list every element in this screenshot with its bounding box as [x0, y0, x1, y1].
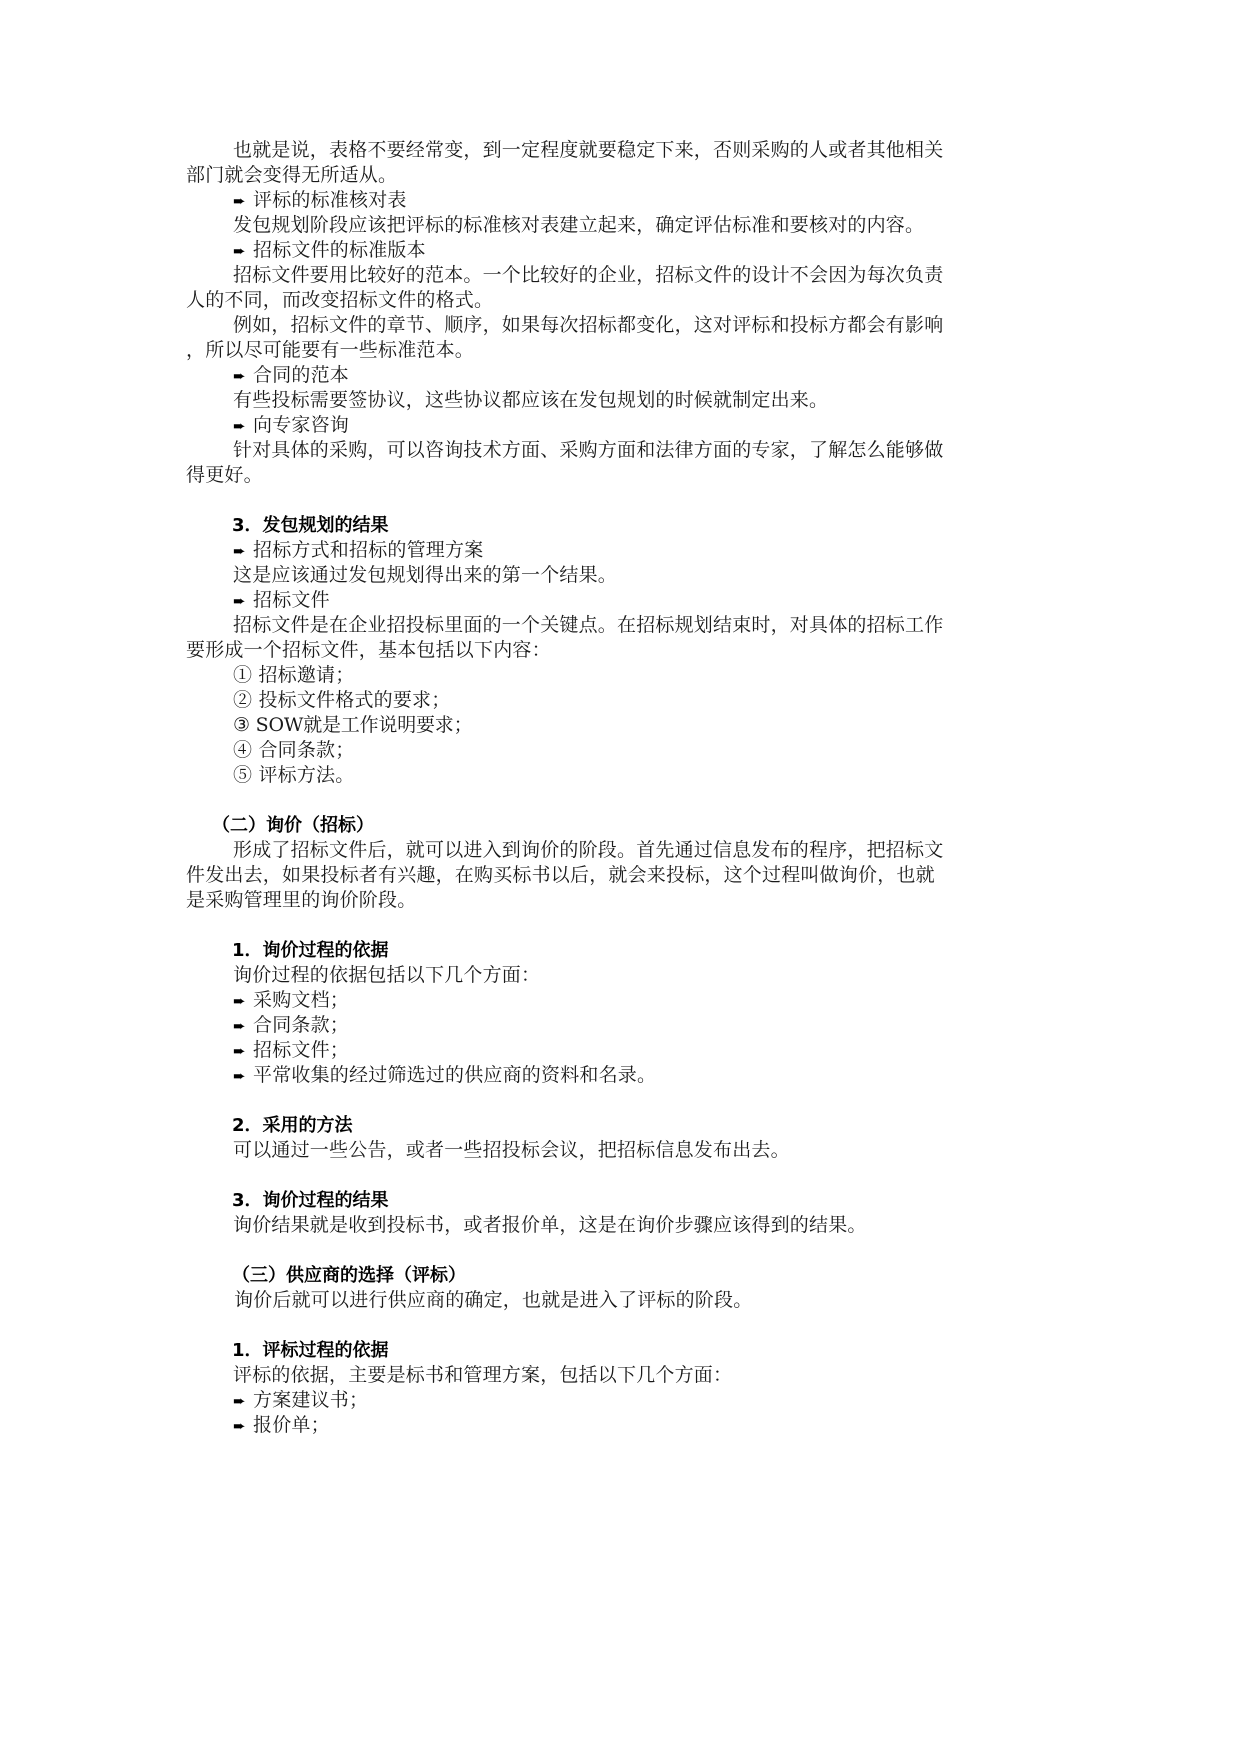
paragraph-line: 评标的依据，主要是标书和管理方案，包括以下几个方面： [186, 1363, 1056, 1388]
arrow-bullet-icon: ➨ [233, 239, 253, 264]
spacer [186, 488, 1056, 513]
bullet-label: 评标的标准核对表 [253, 189, 407, 211]
paragraph-line: 针对具体的采购，可以咨询技术方面、采购方面和法律方面的专家，了解怎么能够做 [186, 438, 1056, 463]
section-heading: 2．采用的方法 [186, 1113, 1056, 1138]
bullet-item: ➨采购文档； [186, 988, 1056, 1013]
paragraph-line: 招标文件是在企业招投标里面的一个关键点。在招标规划结束时，对具体的招标工作 [186, 613, 1056, 638]
bullet-item: ➨招标文件； [186, 1038, 1056, 1063]
spacer [186, 1238, 1056, 1263]
paragraph-line: 也就是说，表格不要经常变，到一定程度就要稳定下来，否则采购的人或者其他相关 [186, 138, 1056, 163]
bullet-label: 招标文件； [253, 1039, 349, 1061]
paragraph-line: 是采购管理里的询价阶段。 [186, 888, 1056, 913]
bullet-item: ➨合同的范本 [186, 363, 1056, 388]
spacer [186, 1313, 1056, 1338]
document-body: 也就是说，表格不要经常变，到一定程度就要稳定下来，否则采购的人或者其他相关 部门… [186, 138, 1056, 1438]
bullet-item: ➨评标的标准核对表 [186, 188, 1056, 213]
paragraph-line: 询价后就可以进行供应商的确定，也就是进入了评标的阶段。 [186, 1288, 1056, 1313]
bullet-label: 平常收集的经过筛选过的供应商的资料和名录。 [253, 1064, 656, 1086]
arrow-bullet-icon: ➨ [233, 1064, 253, 1089]
arrow-bullet-icon: ➨ [233, 1039, 253, 1064]
paragraph-line: 人的不同，而改变招标文件的格式。 [186, 288, 1056, 313]
bullet-item: ➨合同条款； [186, 1013, 1056, 1038]
paragraph-line: 要形成一个招标文件，基本包括以下内容： [186, 638, 1056, 663]
bullet-item: ➨招标文件的标准版本 [186, 238, 1056, 263]
spacer [186, 1163, 1056, 1188]
arrow-bullet-icon: ➨ [233, 1389, 253, 1414]
bullet-label: 报价单； [253, 1414, 330, 1436]
numbered-item: ⑤ 评标方法。 [186, 763, 1056, 788]
paragraph-line: 询价过程的依据包括以下几个方面： [186, 963, 1056, 988]
arrow-bullet-icon: ➨ [233, 364, 253, 389]
bullet-label: 合同的范本 [253, 364, 349, 386]
bullet-label: 合同条款； [253, 1014, 349, 1036]
section-heading: 3．询价过程的结果 [186, 1188, 1056, 1213]
bullet-item: ➨方案建议书； [186, 1388, 1056, 1413]
section-heading: 3．发包规划的结果 [186, 513, 1056, 538]
numbered-item: ④ 合同条款； [186, 738, 1056, 763]
paragraph-line: 发包规划阶段应该把评标的标准核对表建立起来，确定评估标准和要核对的内容。 [186, 213, 1056, 238]
paragraph-line: 部门就会变得无所适从。 [186, 163, 1056, 188]
bullet-label: 招标文件的标准版本 [253, 239, 426, 261]
paragraph-line: 有些投标需要签协议，这些协议都应该在发包规划的时候就制定出来。 [186, 388, 1056, 413]
arrow-bullet-icon: ➨ [233, 1014, 253, 1039]
paragraph-line: ，所以尽可能要有一些标准范本。 [186, 338, 1056, 363]
arrow-bullet-icon: ➨ [233, 989, 253, 1014]
paragraph-line: 这是应该通过发包规划得出来的第一个结果。 [186, 563, 1056, 588]
spacer [186, 1088, 1056, 1113]
paragraph-line: 件发出去，如果投标者有兴趣，在购买标书以后，就会来投标，这个过程叫做询价，也就 [186, 863, 1056, 888]
paragraph-line: 询价结果就是收到投标书，或者报价单，这是在询价步骤应该得到的结果。 [186, 1213, 1056, 1238]
spacer [186, 913, 1056, 938]
bullet-label: 招标方式和招标的管理方案 [253, 539, 483, 561]
document-page: 也就是说，表格不要经常变，到一定程度就要稳定下来，否则采购的人或者其他相关 部门… [0, 0, 1241, 1755]
bullet-label: 招标文件 [253, 589, 330, 611]
arrow-bullet-icon: ➨ [233, 1414, 253, 1439]
numbered-item: ② 投标文件格式的要求； [186, 688, 1056, 713]
bullet-label: 采购文档； [253, 989, 349, 1011]
bullet-item: ➨平常收集的经过筛选过的供应商的资料和名录。 [186, 1063, 1056, 1088]
bullet-item: ➨招标文件 [186, 588, 1056, 613]
arrow-bullet-icon: ➨ [233, 539, 253, 564]
numbered-item: ① 招标邀请； [186, 663, 1056, 688]
bullet-label: 方案建议书； [253, 1389, 368, 1411]
section-heading: （三）供应商的选择（评标） [186, 1263, 1056, 1288]
bullet-item: ➨招标方式和招标的管理方案 [186, 538, 1056, 563]
paragraph-line: 可以通过一些公告，或者一些招投标会议，把招标信息发布出去。 [186, 1138, 1056, 1163]
arrow-bullet-icon: ➨ [233, 414, 253, 439]
section-heading: 1．评标过程的依据 [186, 1338, 1056, 1363]
section-heading: 1．询价过程的依据 [186, 938, 1056, 963]
paragraph-line: 例如，招标文件的章节、顺序，如果每次招标都变化，这对评标和投标方都会有影响 [186, 313, 1056, 338]
numbered-item: ③ SOW就是工作说明要求； [186, 713, 1056, 738]
section-heading: （二）询价（招标） [186, 813, 1056, 838]
spacer [186, 788, 1056, 813]
bullet-item: ➨向专家咨询 [186, 413, 1056, 438]
arrow-bullet-icon: ➨ [233, 589, 253, 614]
bullet-label: 向专家咨询 [253, 414, 349, 436]
arrow-bullet-icon: ➨ [233, 189, 253, 214]
bullet-item: ➨报价单； [186, 1413, 1056, 1438]
paragraph-line: 得更好。 [186, 463, 1056, 488]
paragraph-line: 招标文件要用比较好的范本。一个比较好的企业，招标文件的设计不会因为每次负责 [186, 263, 1056, 288]
paragraph-line: 形成了招标文件后，就可以进入到询价的阶段。首先通过信息发布的程序，把招标文 [186, 838, 1056, 863]
